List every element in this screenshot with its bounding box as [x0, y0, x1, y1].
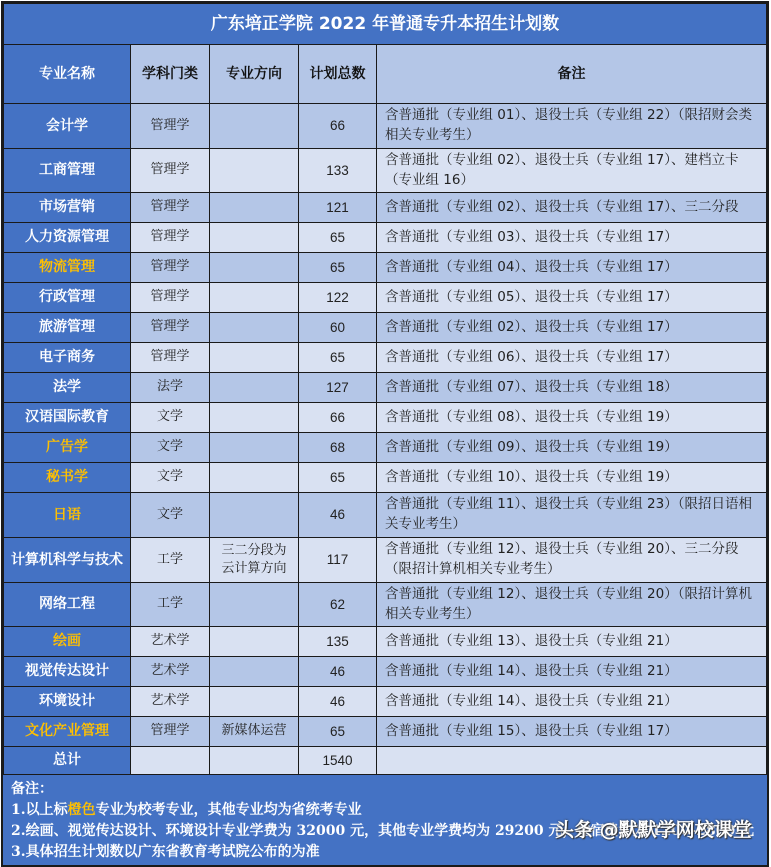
category: 文学: [131, 403, 210, 433]
direction: [210, 463, 299, 493]
direction: [210, 253, 299, 283]
major-name: 电子商务: [4, 343, 131, 373]
table-row: 物流管理管理学65含普通批（专业组 04）、退役士兵（专业组 17）: [4, 253, 767, 283]
table-row: 环境设计艺术学46含普通批（专业组 14）、退役士兵（专业组 21）: [4, 687, 767, 717]
table-row: 旅游管理管理学60含普通批（专业组 02）、退役士兵（专业组 17）: [4, 313, 767, 343]
plan-total: 127: [299, 373, 377, 403]
table-row: 行政管理管理学122含普通批（专业组 05）、退役士兵（专业组 17）: [4, 283, 767, 313]
direction: 新媒体运营: [210, 717, 299, 747]
direction: [210, 223, 299, 253]
major-name: 物流管理: [4, 253, 131, 283]
direction: [210, 657, 299, 687]
notes-heading: 备注：: [11, 779, 759, 800]
major-name: 汉语国际教育: [4, 403, 131, 433]
category: 管理学: [131, 283, 210, 313]
direction: [210, 403, 299, 433]
header-remarks: 备注: [377, 45, 767, 104]
remarks: 含普通批（专业组 02）、退役士兵（专业组 17）: [377, 313, 767, 343]
plan-total: 46: [299, 493, 377, 538]
remarks: 含普通批（专业组 08）、退役士兵（专业组 19）: [377, 403, 767, 433]
total-direction: [210, 747, 299, 775]
major-name: 网络工程: [4, 583, 131, 627]
remarks: 含普通批（专业组 05）、退役士兵（专业组 17）: [377, 283, 767, 313]
enrollment-table: 广东培正学院 2022 年普通专升本招生计划数 专业名称 学科门类 专业方向 计…: [3, 3, 767, 775]
remarks: 含普通批（专业组 14）、退役士兵（专业组 21）: [377, 657, 767, 687]
major-name: 秘书学: [4, 463, 131, 493]
major-name: 行政管理: [4, 283, 131, 313]
table-header-row: 专业名称 学科门类 专业方向 计划总数 备注: [4, 45, 767, 104]
header-category: 学科门类: [131, 45, 210, 104]
remarks: 含普通批（专业组 01）、退役士兵（专业组 22）（限招财会类相关专业考生）: [377, 104, 767, 149]
total-label: 总计: [4, 747, 131, 775]
major-name: 会计学: [4, 104, 131, 149]
remarks: 含普通批（专业组 02）、退役士兵（专业组 17）、三二分段: [377, 193, 767, 223]
major-name: 日语: [4, 493, 131, 538]
major-name: 旅游管理: [4, 313, 131, 343]
plan-total: 117: [299, 538, 377, 583]
category: 文学: [131, 463, 210, 493]
table-row: 法学法学127含普通批（专业组 07）、退役士兵（专业组 18）: [4, 373, 767, 403]
major-name: 工商管理: [4, 149, 131, 193]
major-name: 文化产业管理: [4, 717, 131, 747]
total-row: 总计1540: [4, 747, 767, 775]
enrollment-plan-sheet: 广东培正学院 2022 年普通专升本招生计划数 专业名称 学科门类 专业方向 计…: [1, 1, 769, 860]
major-name: 广告学: [4, 433, 131, 463]
remarks: 含普通批（专业组 15）、退役士兵（专业组 17）: [377, 717, 767, 747]
table-row: 会计学管理学66含普通批（专业组 01）、退役士兵（专业组 22）（限招财会类相…: [4, 104, 767, 149]
direction: [210, 583, 299, 627]
category: 艺术学: [131, 687, 210, 717]
watermark: 头条 @默默学网校课堂: [555, 815, 752, 842]
table-row: 电子商务管理学65含普通批（专业组 06）、退役士兵（专业组 17）: [4, 343, 767, 373]
major-name: 视觉传达设计: [4, 657, 131, 687]
category: 管理学: [131, 717, 210, 747]
remarks: 含普通批（专业组 03）、退役士兵（专业组 17）: [377, 223, 767, 253]
plan-total: 122: [299, 283, 377, 313]
major-name: 计算机科学与技术: [4, 538, 131, 583]
plan-total: 133: [299, 149, 377, 193]
remarks: 含普通批（专业组 04）、退役士兵（专业组 17）: [377, 253, 767, 283]
category: 管理学: [131, 193, 210, 223]
category: 管理学: [131, 253, 210, 283]
major-name: 环境设计: [4, 687, 131, 717]
table-row: 绘画艺术学135含普通批（专业组 13）、退役士兵（专业组 21）: [4, 627, 767, 657]
plan-total: 65: [299, 253, 377, 283]
table-row: 工商管理管理学133含普通批（专业组 02）、退役士兵（专业组 17）、建档立卡…: [4, 149, 767, 193]
plan-total: 66: [299, 403, 377, 433]
category: 工学: [131, 583, 210, 627]
remarks: 含普通批（专业组 06）、退役士兵（专业组 17）: [377, 343, 767, 373]
remarks: 含普通批（专业组 10）、退役士兵（专业组 19）: [377, 463, 767, 493]
table-row: 视觉传达设计艺术学46含普通批（专业组 14）、退役士兵（专业组 21）: [4, 657, 767, 687]
header-direction: 专业方向: [210, 45, 299, 104]
category: 管理学: [131, 104, 210, 149]
table-row: 文化产业管理管理学新媒体运营65含普通批（专业组 15）、退役士兵（专业组 17…: [4, 717, 767, 747]
total-remarks: [377, 747, 767, 775]
plan-total: 65: [299, 223, 377, 253]
major-name: 市场营销: [4, 193, 131, 223]
direction: 三二分段为云计算方向: [210, 538, 299, 583]
category: 法学: [131, 373, 210, 403]
direction: [210, 193, 299, 223]
remarks: 含普通批（专业组 02）、退役士兵（专业组 17）、建档立卡（专业组 16）: [377, 149, 767, 193]
page-title: 广东培正学院 2022 年普通专升本招生计划数: [4, 4, 767, 45]
direction: [210, 313, 299, 343]
plan-total: 62: [299, 583, 377, 627]
header-major-name: 专业名称: [4, 45, 131, 104]
remarks: 含普通批（专业组 11）、退役士兵（专业组 23）（限招日语相关专业考生）: [377, 493, 767, 538]
remarks: 含普通批（专业组 14）、退役士兵（专业组 21）: [377, 687, 767, 717]
direction: [210, 283, 299, 313]
remarks: 含普通批（专业组 07）、退役士兵（专业组 18）: [377, 373, 767, 403]
category: 艺术学: [131, 657, 210, 687]
note-1-suffix: 专业为校考专业，其他专业均为省统考专业: [96, 802, 362, 818]
direction: [210, 373, 299, 403]
major-name: 绘画: [4, 627, 131, 657]
remarks: 含普通批（专业组 12）、退役士兵（专业组 20）（限招计算机相关专业考生）: [377, 583, 767, 627]
table-row: 人力资源管理管理学65含普通批（专业组 03）、退役士兵（专业组 17）: [4, 223, 767, 253]
table-row: 市场营销管理学121含普通批（专业组 02）、退役士兵（专业组 17）、三二分段: [4, 193, 767, 223]
table-row: 汉语国际教育文学66含普通批（专业组 08）、退役士兵（专业组 19）: [4, 403, 767, 433]
plan-total: 66: [299, 104, 377, 149]
category: 管理学: [131, 313, 210, 343]
remarks: 含普通批（专业组 13）、退役士兵（专业组 21）: [377, 627, 767, 657]
table-row: 广告学文学68含普通批（专业组 09）、退役士兵（专业组 19）: [4, 433, 767, 463]
direction: [210, 433, 299, 463]
category: 文学: [131, 433, 210, 463]
major-name: 人力资源管理: [4, 223, 131, 253]
header-total: 计划总数: [299, 45, 377, 104]
table-row: 计算机科学与技术工学三二分段为云计算方向117含普通批（专业组 12）、退役士兵…: [4, 538, 767, 583]
plan-total: 65: [299, 717, 377, 747]
direction: [210, 343, 299, 373]
plan-total: 121: [299, 193, 377, 223]
plan-total: 46: [299, 687, 377, 717]
direction: [210, 493, 299, 538]
remarks: 含普通批（专业组 12）、退役士兵（专业组 20）、三二分段（限招计算机相关专业…: [377, 538, 767, 583]
category: 管理学: [131, 343, 210, 373]
plan-total: 60: [299, 313, 377, 343]
table-row: 网络工程工学62含普通批（专业组 12）、退役士兵（专业组 20）（限招计算机相…: [4, 583, 767, 627]
direction: [210, 104, 299, 149]
major-name: 法学: [4, 373, 131, 403]
category: 管理学: [131, 223, 210, 253]
table-row: 日语文学46含普通批（专业组 11）、退役士兵（专业组 23）（限招日语相关专业…: [4, 493, 767, 538]
remarks: 含普通批（专业组 09）、退役士兵（专业组 19）: [377, 433, 767, 463]
plan-total: 46: [299, 657, 377, 687]
category: 艺术学: [131, 627, 210, 657]
note-1-prefix: 1.以上标: [11, 802, 68, 818]
plan-total: 65: [299, 343, 377, 373]
table-row: 秘书学文学65含普通批（专业组 10）、退役士兵（专业组 19）: [4, 463, 767, 493]
plan-total: 68: [299, 433, 377, 463]
direction: [210, 687, 299, 717]
direction: [210, 627, 299, 657]
total-category: [131, 747, 210, 775]
plan-total: 65: [299, 463, 377, 493]
note-1-highlight: 橙色: [68, 802, 96, 818]
direction: [210, 149, 299, 193]
category: 文学: [131, 493, 210, 538]
grand-total: 1540: [299, 747, 377, 775]
note-line-3: 3.具体招生计划数以广东省教育考试院公布的为准: [11, 842, 759, 860]
plan-total: 135: [299, 627, 377, 657]
category: 管理学: [131, 149, 210, 193]
category: 工学: [131, 538, 210, 583]
